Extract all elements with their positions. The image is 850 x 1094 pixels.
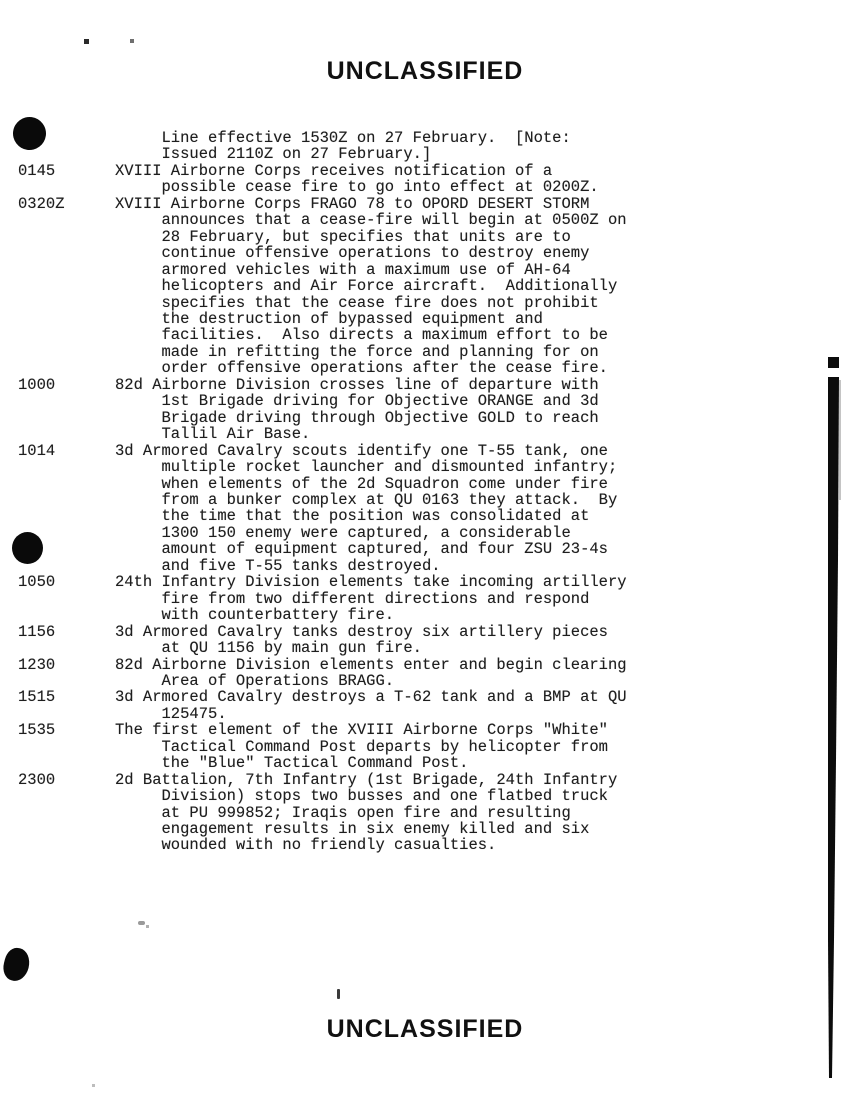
timeline-entry: 0320ZXVIII Airborne Corps FRAGO 78 to OP… [18, 196, 808, 377]
scan-speck [337, 989, 340, 999]
entry-text: 24th Infantry Division elements take inc… [115, 574, 627, 623]
entry-text: XVIII Airborne Corps receives notificati… [115, 163, 599, 196]
entry-time: 1230 [18, 657, 115, 673]
timeline-entry: 15153d Armored Cavalry destroys a T-62 t… [18, 689, 808, 722]
entry-text: 3d Armored Cavalry destroys a T-62 tank … [115, 689, 627, 722]
scan-speck [92, 1084, 95, 1087]
scan-speck [130, 39, 134, 43]
entry-text: 82d Airborne Division crosses line of de… [115, 377, 599, 443]
timeline-entry: 123082d Airborne Division elements enter… [18, 657, 808, 690]
timeline-entry: 11563d Armored Cavalry tanks destroy six… [18, 624, 808, 657]
entry-time: 1014 [18, 443, 115, 459]
entry-time: 2300 [18, 772, 115, 788]
entry-text: 3d Armored Cavalry scouts identify one T… [115, 443, 617, 575]
entry-text: 2d Battalion, 7th Infantry (1st Brigade,… [115, 772, 617, 854]
timeline-entry: 100082d Airborne Division crosses line o… [18, 377, 808, 443]
entry-text: XVIII Airborne Corps FRAGO 78 to OPORD D… [115, 196, 627, 377]
scan-speck [138, 921, 145, 925]
hole-punch-mark-bottom [0, 945, 32, 983]
scan-speck [146, 925, 149, 928]
entry-time: 0320Z [18, 196, 115, 212]
timeline-entry: 1535The first element of the XVIII Airbo… [18, 722, 808, 771]
classification-header: UNCLASSIFIED [0, 57, 850, 86]
scan-speck [84, 39, 89, 44]
entry-text: Line effective 1530Z on 27 February. [No… [115, 130, 571, 163]
entry-time: 0145 [18, 163, 115, 179]
entry-time: 1000 [18, 377, 115, 393]
entry-time: 1050 [18, 574, 115, 590]
timeline-entry: 23002d Battalion, 7th Infantry (1st Brig… [18, 772, 808, 854]
entry-time: 1535 [18, 722, 115, 738]
timeline-entry: 0145XVIII Airborne Corps receives notifi… [18, 163, 808, 196]
timeline-entry: Line effective 1530Z on 27 February. [No… [18, 130, 808, 163]
entry-text: 82d Airborne Division elements enter and… [115, 657, 627, 690]
entry-text: The first element of the XVIII Airborne … [115, 722, 608, 771]
event-timeline: Line effective 1530Z on 27 February. [No… [18, 130, 808, 854]
hole-punch-mark-middle [12, 532, 43, 564]
entry-text: 3d Armored Cavalry tanks destroy six art… [115, 624, 608, 657]
timeline-entry: 105024th Infantry Division elements take… [18, 574, 808, 623]
timeline-entry: 10143d Armored Cavalry scouts identify o… [18, 443, 808, 575]
entry-time: 1156 [18, 624, 115, 640]
scanned-document-page: UNCLASSIFIED Line effective 1530Z on 27 … [0, 0, 850, 1094]
entry-time: 1515 [18, 689, 115, 705]
classification-footer: UNCLASSIFIED [0, 1015, 850, 1044]
